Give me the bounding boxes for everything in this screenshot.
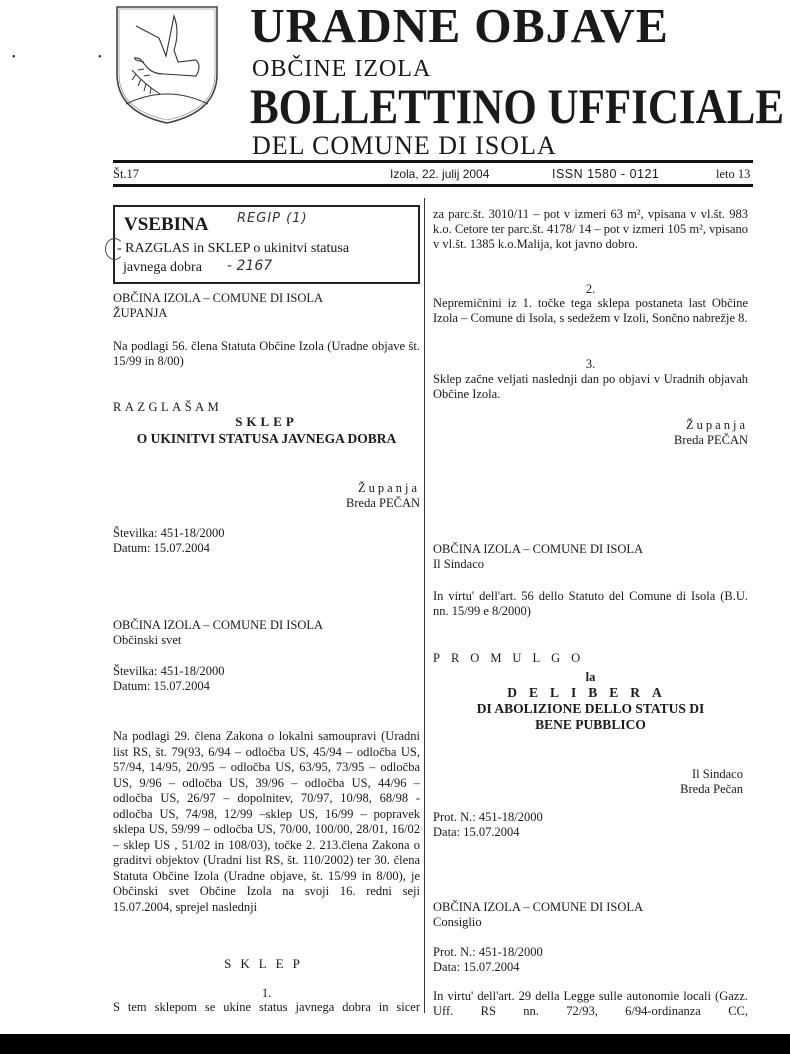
article-text: S tem sklepom se ukine status javnega do… [113, 1000, 420, 1015]
article-text: za parc.št. 3010/11 – pot v izmeri 63 m²… [433, 207, 748, 252]
signer-role: Il Sindaco [433, 767, 743, 782]
issuer-office: Občinski svet [113, 633, 420, 648]
preamble-text: Na podlagi 56. člena Statuta Občine Izol… [113, 339, 420, 369]
handwritten-note: REGIP (1) [237, 211, 308, 226]
document-reference: Številka: 451-18/2000 Datum: 15.07.2004 [113, 526, 420, 556]
masthead-title-italian: BOLLETTINO UFFICIALE [250, 80, 784, 132]
handwritten-number: - 2167 [227, 258, 272, 274]
article-number: 1. [113, 986, 420, 1001]
issuer-office: Consiglio [433, 915, 748, 930]
volume-year: leto 13 [716, 166, 750, 182]
masthead-subtitle-italian: DEL COMUNE DI ISOLA [252, 132, 557, 160]
issuer-heading: OBČINA IZOLA – COMUNE DI ISOLA Občinski … [113, 618, 420, 648]
issuer-heading: OBČINA IZOLA – COMUNE DI ISOLA ŽUPANJA [113, 291, 420, 321]
dove-crest-icon [114, 4, 220, 126]
issuer-heading: OBČINA IZOLA – COMUNE DI ISOLA Il Sindac… [433, 542, 748, 572]
article-text: Sklep začne veljati naslednji dan po obj… [433, 372, 748, 402]
contents-item-continuation[interactable]: javnega dobra [123, 259, 202, 276]
scan-edge-bar [0, 1034, 790, 1054]
act-title: SKLEP [113, 956, 420, 971]
publication-date: Izola, 22. julij 2004 [390, 166, 489, 182]
proclamation-verb: RAZGLAŠAM [113, 400, 420, 415]
issuer-name: OBČINA IZOLA – COMUNE DI ISOLA [433, 900, 748, 915]
document-date: Data: 15.07.2004 [433, 825, 748, 840]
document-number: Številka: 451-18/2000 [113, 526, 420, 541]
document-number: Prot. N.: 451-18/2000 [433, 810, 748, 825]
contents-heading: VSEBINA [124, 214, 208, 236]
document-reference: Prot. N.: 451-18/2000 Data: 15.07.2004 [433, 810, 748, 840]
preamble-text: In virtu' dell'art. 29 della Legge sulle… [433, 989, 748, 1019]
act-subtitle: BENE PUBBLICO [433, 717, 748, 732]
document-number: Prot. N.: 451-18/2000 [433, 945, 748, 960]
document-number: Številka: 451-18/2000 [113, 664, 420, 679]
signer-role: Županja [113, 481, 420, 496]
preamble-text: In virtu' dell'art. 56 dello Statuto del… [433, 589, 748, 619]
article-number: 2. [433, 282, 748, 297]
signer-name: Breda PEČAN [113, 496, 420, 511]
act-article: la [433, 670, 748, 685]
signer-name: Breda Pečan [433, 782, 743, 797]
document-date: Datum: 15.07.2004 [113, 541, 420, 556]
issue-number: Št.17 [113, 166, 139, 182]
issuer-name: OBČINA IZOLA – COMUNE DI ISOLA [113, 618, 420, 633]
act-subtitle: O UKINITVI STATUSA JAVNEGA DOBRA [113, 431, 420, 446]
legal-basis-text: Na podlagi 29. člena Zakona o lokalni sa… [113, 729, 420, 915]
issn-number: ISSN 1580 - 0121 [552, 166, 659, 182]
issuer-heading: OBČINA IZOLA – COMUNE DI ISOLA Consiglio [433, 900, 748, 930]
masthead-rule-top [113, 160, 753, 163]
signer-name: Breda PEČAN [433, 433, 748, 448]
proclamation-verb: PROMULGO [433, 651, 748, 666]
issuer-office: ŽUPANJA [113, 306, 420, 321]
article-number: 3. [433, 357, 748, 372]
masthead-rule-bottom [113, 184, 753, 187]
document-date: Data: 15.07.2004 [433, 960, 748, 975]
act-title: DELIBERA [433, 685, 748, 700]
signer-role: Županja [433, 418, 748, 433]
act-subtitle: DI ABOLIZIONE DELLO STATUS DI [433, 701, 748, 716]
masthead-title-slovene: URADNE OBJAVE [250, 0, 669, 52]
document-reference: Prot. N.: 451-18/2000 Data: 15.07.2004 [433, 945, 748, 975]
issuer-name: OBČINA IZOLA – COMUNE DI ISOLA [433, 542, 748, 557]
issuer-name: OBČINA IZOLA – COMUNE DI ISOLA [113, 291, 420, 306]
document-date: Datum: 15.07.2004 [113, 679, 420, 694]
issuer-office: Il Sindaco [433, 557, 748, 572]
column-divider [424, 198, 425, 1013]
contents-item[interactable]: - RAZGLAS in SKLEP o ukinitvi statusa [117, 240, 349, 257]
document-reference: Številka: 451-18/2000 Datum: 15.07.2004 [113, 664, 420, 694]
act-title: SKLEP [113, 414, 420, 429]
article-text: Nepremičnini iz 1. točke tega sklepa pos… [433, 296, 748, 326]
